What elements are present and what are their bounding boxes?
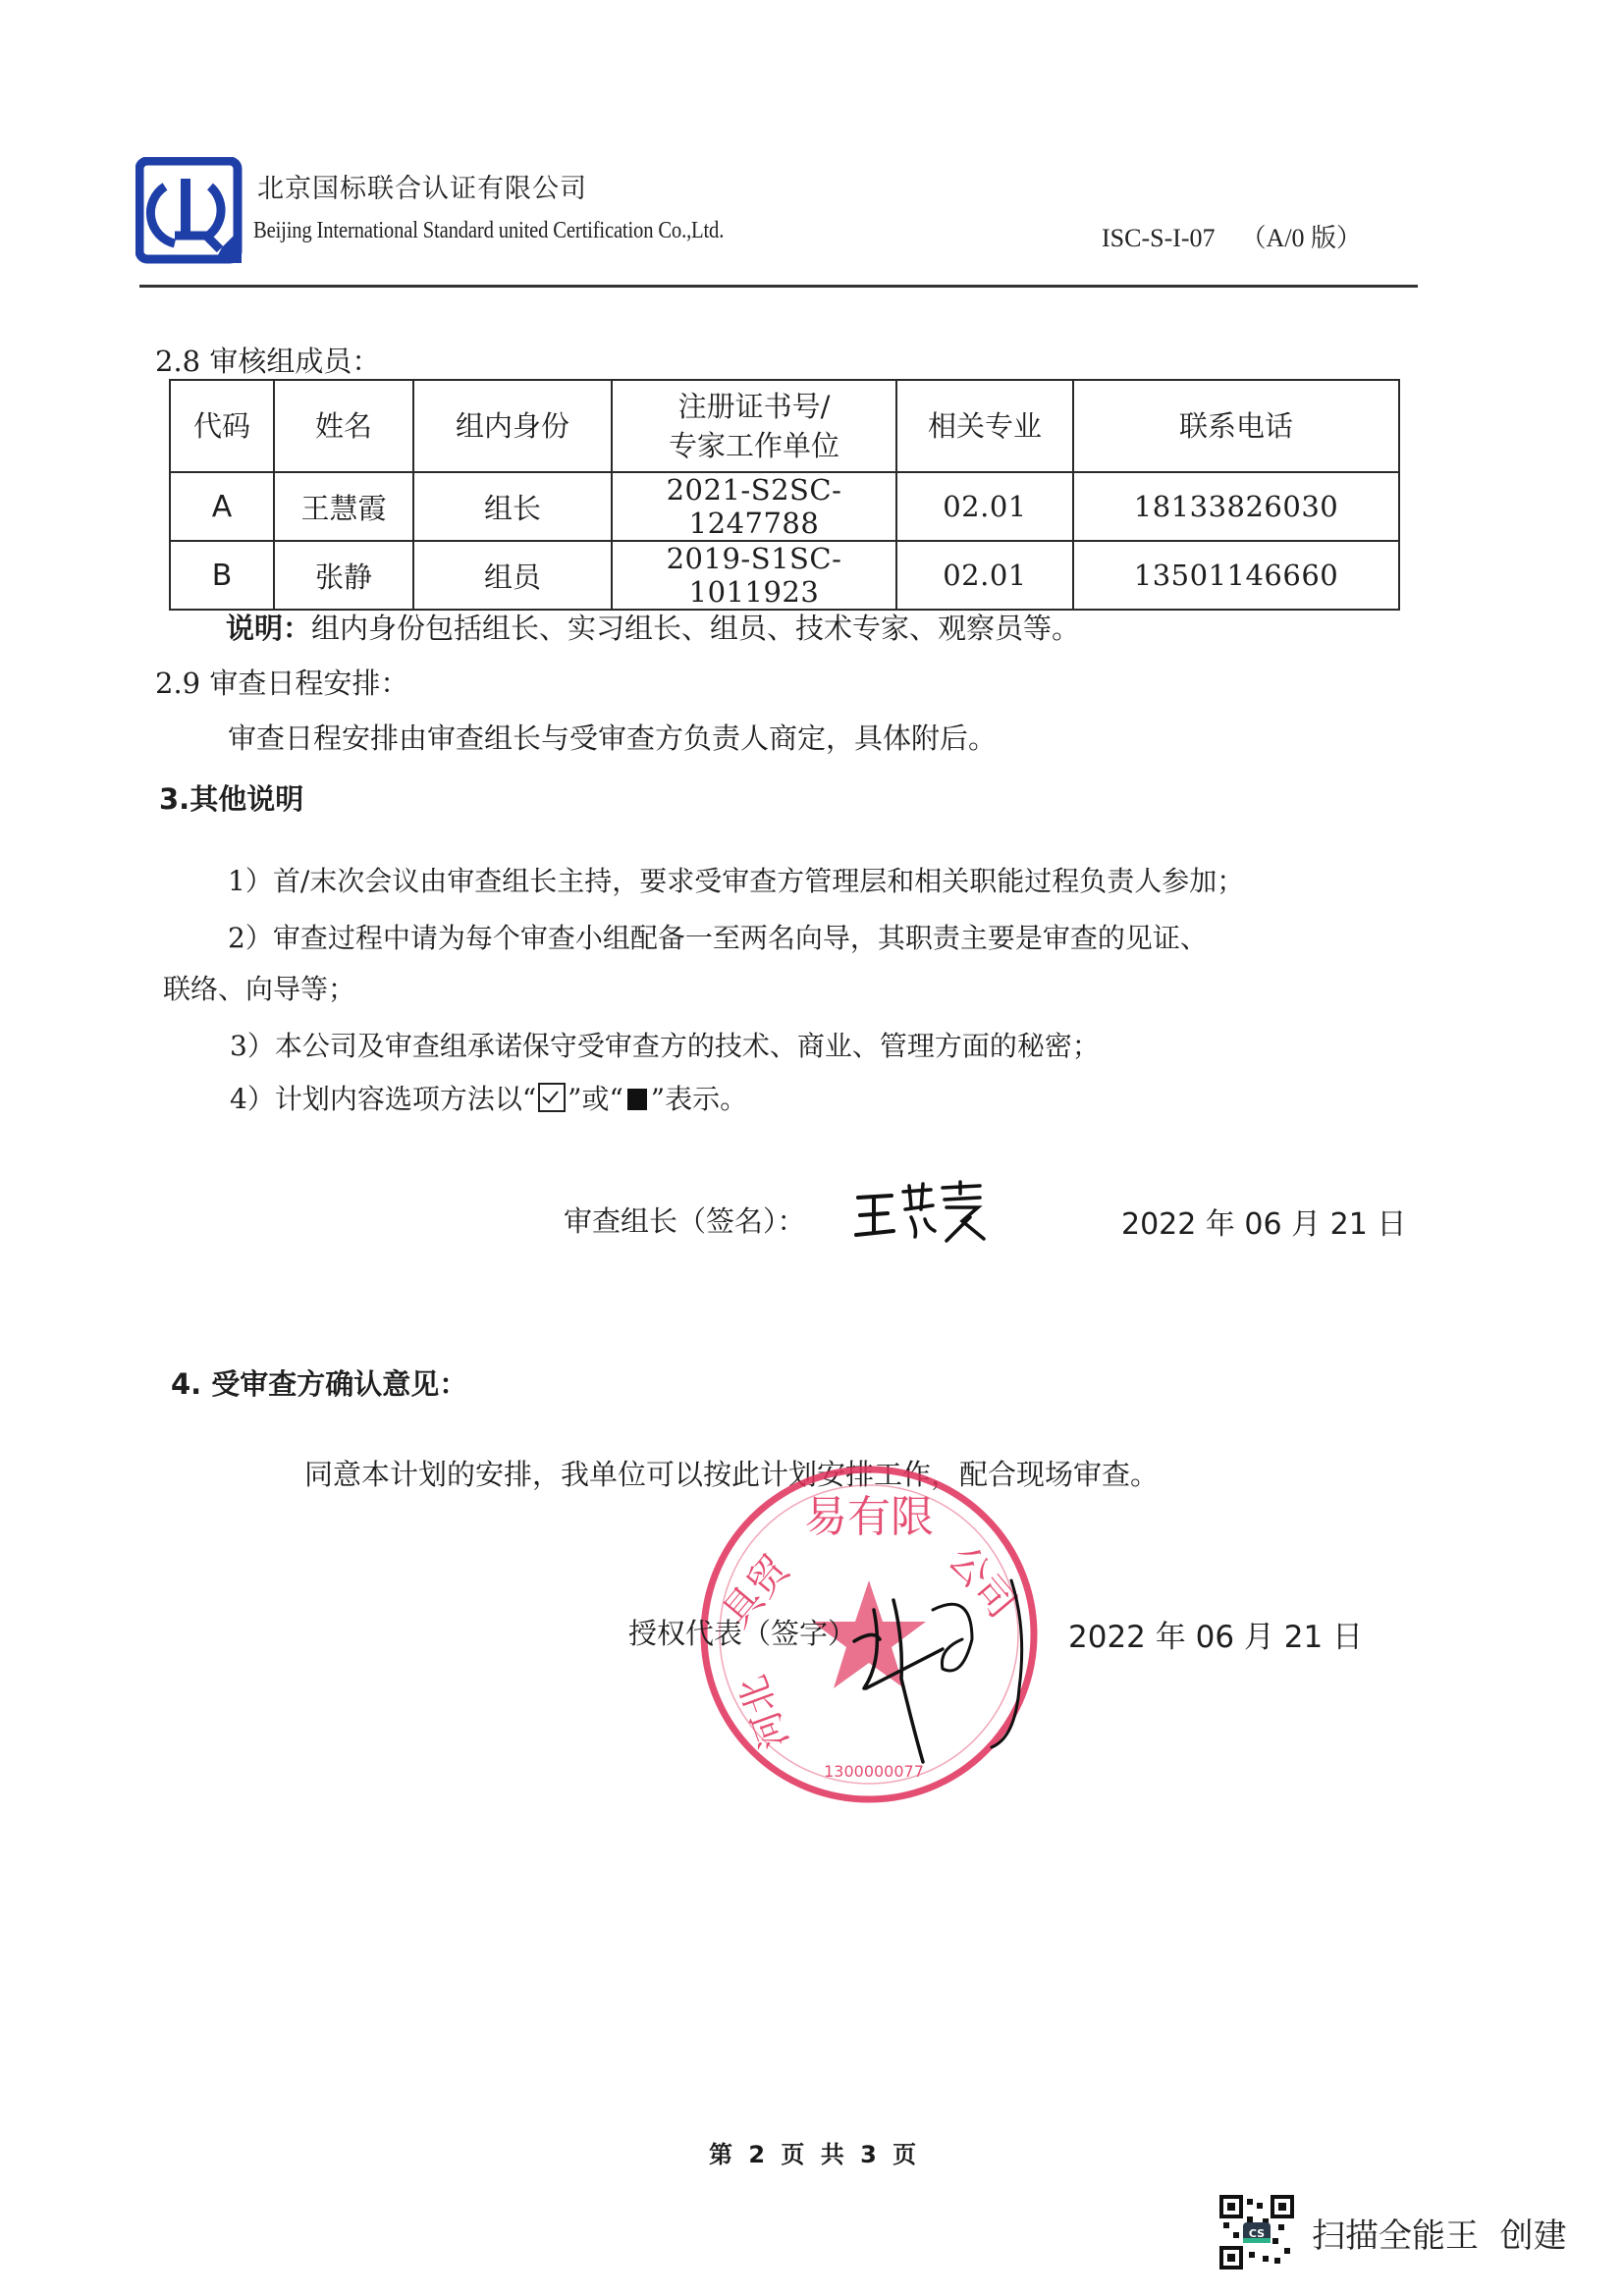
table-note-text: 组内身份包括组长、实习组长、组员、技术专家、观察员等。 (311, 612, 1080, 645)
table-row: B 张静 组员 2019-S1SC-1011923 02.01 13501146… (170, 541, 1399, 610)
section-2-9-text: 审查日程安排由审查组长与受审查方负责人商定，具体附后。 (228, 717, 997, 757)
rep-sign-date: 2022 年 06 月 21 日 (1068, 1612, 1363, 1656)
checked-box-icon (538, 1083, 566, 1112)
leader-sign-date: 2022 年 06 月 21 日 (1121, 1200, 1406, 1243)
cell-name: 王慧霞 (274, 472, 413, 541)
section-4-title: 4. 受审查方确认意见： (171, 1362, 467, 1403)
section-2-8-title: 2.8 审核组成员： (155, 340, 380, 380)
section-3-item-2-cont: 联络、向导等； (163, 968, 355, 1007)
header-cert-line1: 注册证书号/ (613, 387, 895, 426)
audit-team-table: 代码 姓名 组内身份 注册证书号/ 专家工作单位 相关专业 联系电话 A 王慧霞… (169, 379, 1400, 611)
header-cert: 注册证书号/ 专家工作单位 (612, 380, 896, 472)
section-3-item-2: 2）审查过程中请为每个审查小组配备一至两名向导，其职责主要是审查的见证、 (228, 917, 1208, 956)
header-major: 相关专业 (896, 380, 1073, 472)
svg-text:易有限: 易有限 (804, 1492, 934, 1542)
filled-square-icon (627, 1089, 647, 1110)
header-name: 姓名 (274, 380, 413, 472)
cell-phone: 18133826030 (1073, 472, 1399, 541)
representative-signature-icon (844, 1571, 1041, 1767)
cell-name: 张静 (274, 541, 413, 610)
table-note-label: 说明： (226, 612, 311, 645)
header-code: 代码 (170, 380, 274, 472)
item-4-suffix: ”表示。 (651, 1083, 747, 1115)
company-name-cn: 北京国标联合认证有限公司 (257, 167, 587, 205)
section-2-9-title: 2.9 审查日程安排： (155, 662, 408, 702)
company-logo-icon (135, 157, 245, 267)
leader-signature-icon (852, 1178, 990, 1247)
document-code: ISC-S-I-07 （A/0 版） (1102, 218, 1362, 254)
section-3-item-4: 4）计划内容选项方法以“”或“”表示。 (230, 1078, 747, 1117)
page-number: 第 2 页 共 3 页 (709, 2135, 916, 2169)
qr-code-icon: CS (1219, 2195, 1294, 2269)
header-role: 组内身份 (413, 380, 612, 472)
scanner-watermark: 扫描全能王 创建 (1312, 2209, 1567, 2257)
cell-code: A (170, 472, 274, 541)
cell-major: 02.01 (896, 472, 1073, 541)
company-name-en: Beijing International Standard united Ce… (253, 218, 724, 244)
section-3-title: 3.其他说明 (159, 777, 303, 818)
cell-major: 02.01 (896, 541, 1073, 610)
section-3-item-1: 1）首/末次会议由审查组长主持，要求受审查方管理层和相关职能过程负责人参加； (228, 860, 1244, 899)
svg-text:CS: CS (1249, 2227, 1265, 2240)
header-cert-line2: 专家工作单位 (613, 426, 895, 465)
cell-role: 组长 (413, 472, 612, 541)
table-note: 说明：组内身份包括组长、实习组长、组员、技术专家、观察员等。 (226, 607, 1080, 647)
table-row: A 王慧霞 组长 2021-S2SC-1247788 02.01 1813382… (170, 472, 1399, 541)
item-4-prefix: 4）计划内容选项方法以“ (230, 1083, 536, 1115)
header-divider (139, 285, 1418, 288)
table-header-row: 代码 姓名 组内身份 注册证书号/ 专家工作单位 相关专业 联系电话 (170, 380, 1399, 472)
header-phone: 联系电话 (1073, 380, 1399, 472)
cell-cert: 2019-S1SC-1011923 (612, 541, 896, 610)
item-4-mid: ”或“ (568, 1083, 623, 1115)
section-3-item-3: 3）本公司及审查组承诺保守受审查方的技术、商业、管理方面的秘密； (230, 1025, 1100, 1064)
leader-sign-label: 审查组长（签名）： (564, 1200, 806, 1240)
cell-phone: 13501146660 (1073, 541, 1399, 610)
cell-code: B (170, 541, 274, 610)
cell-role: 组员 (413, 541, 612, 610)
cell-cert: 2021-S2SC-1247788 (612, 472, 896, 541)
rep-sign-label: 授权代表（签字） (628, 1612, 856, 1652)
